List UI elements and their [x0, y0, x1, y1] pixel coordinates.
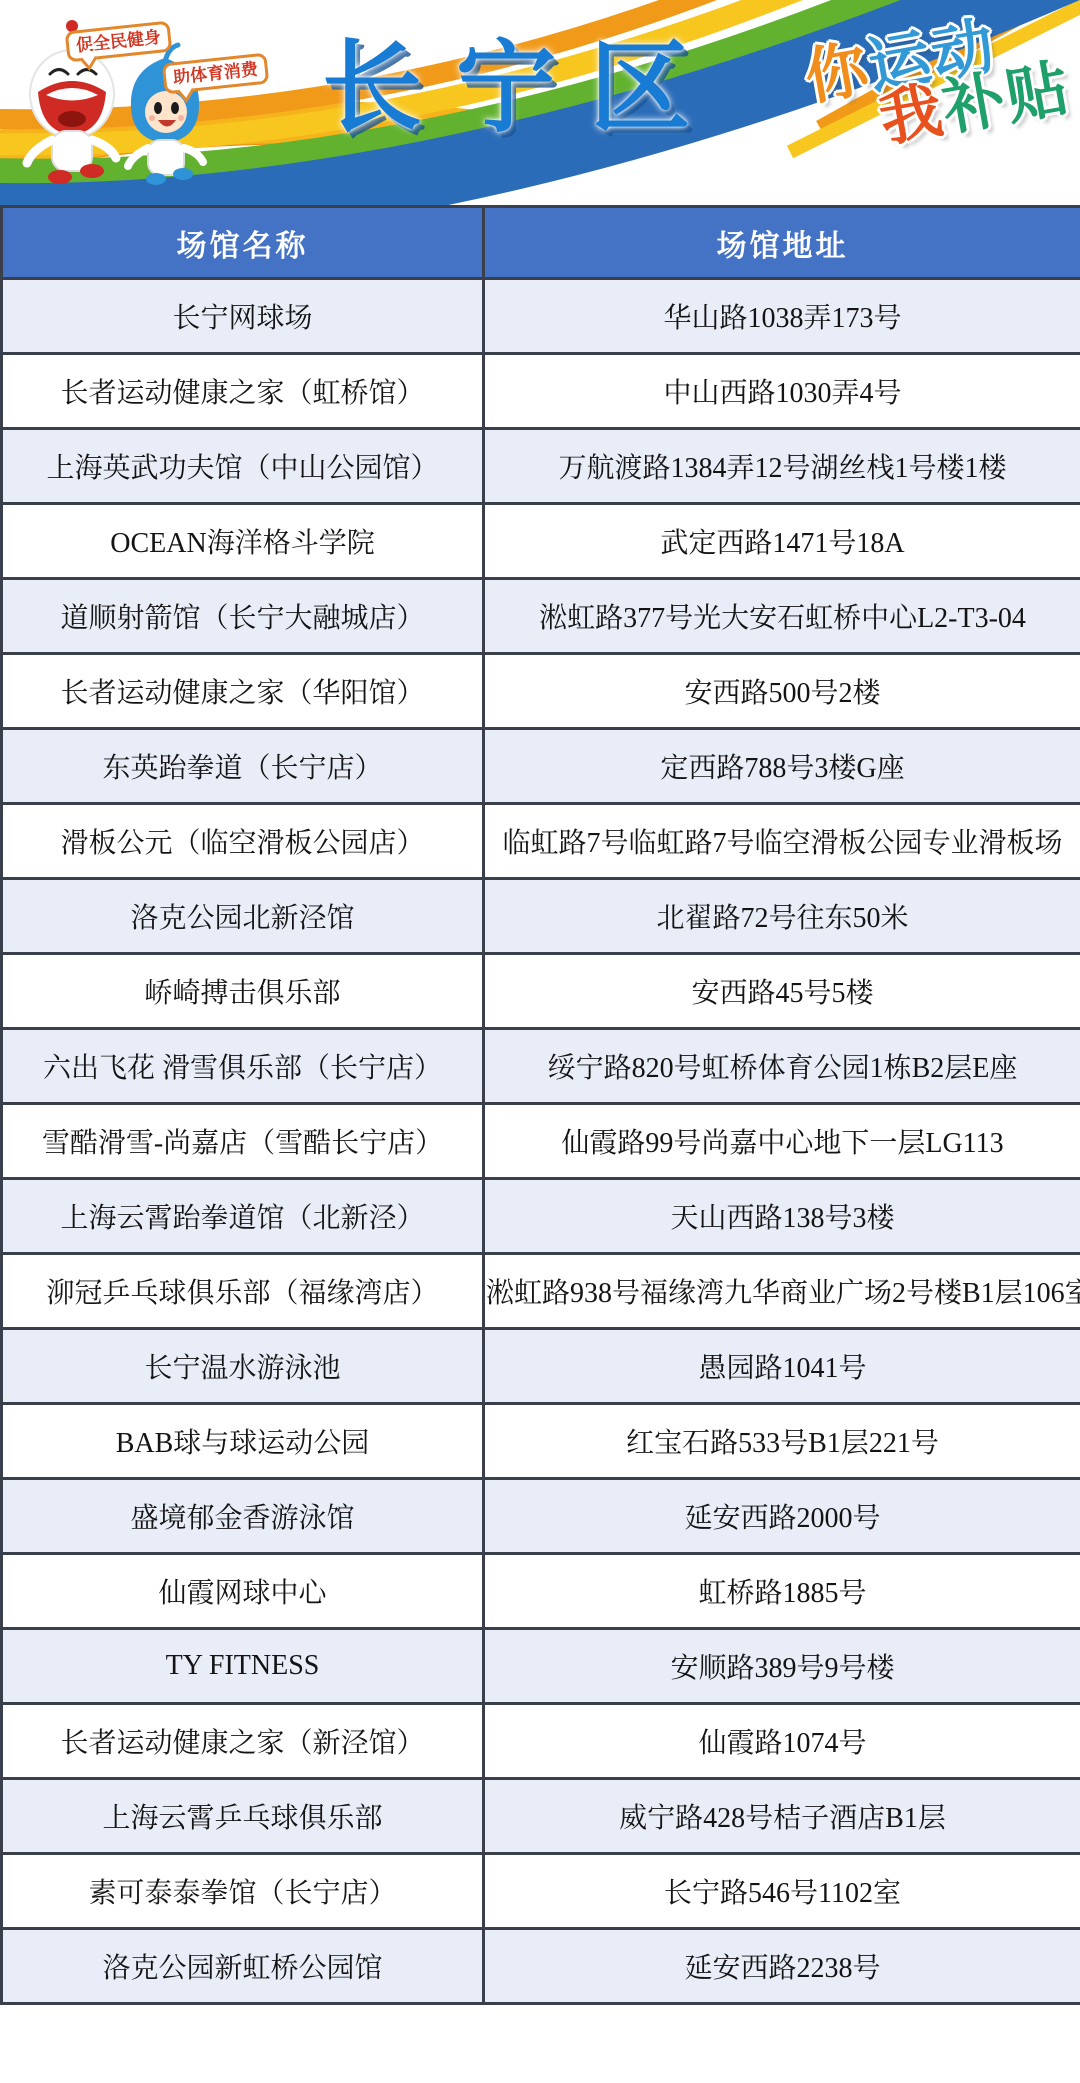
table-row: 东英跆拳道（长宁店）定西路788号3楼G座: [2, 729, 1080, 804]
venue-address-cell: 愚园路1041号: [484, 1329, 1080, 1404]
table-row: BAB球与球运动公园红宝石路533号B1层221号: [2, 1404, 1080, 1479]
venue-address-cell: 安西路500号2楼: [484, 654, 1080, 729]
venue-address-cell: 延安西路2000号: [484, 1479, 1080, 1554]
venue-name-cell: 长宁网球场: [2, 279, 484, 354]
venue-address-cell: 仙霞路1074号: [484, 1704, 1080, 1779]
table-row: 长者运动健康之家（虹桥馆）中山西路1030弄4号: [2, 354, 1080, 429]
venue-address-cell: 淞虹路938号福缘湾九华商业广场2号楼B1层106室: [484, 1254, 1080, 1329]
venue-name-cell: OCEAN海洋格斗学院: [2, 504, 484, 579]
table-row: 滑板公元（临空滑板公园店）临虹路7号临虹路7号临空滑板公园专业滑板场: [2, 804, 1080, 879]
table-row: 长者运动健康之家（新泾馆）仙霞路1074号: [2, 1704, 1080, 1779]
venue-name-cell: 长宁温水游泳池: [2, 1329, 484, 1404]
table-row: 泖冠乒乓球俱乐部（福缘湾店）淞虹路938号福缘湾九华商业广场2号楼B1层106室: [2, 1254, 1080, 1329]
slogan-char: 补: [937, 69, 1011, 141]
table-row: 长宁温水游泳池愚园路1041号: [2, 1329, 1080, 1404]
venues-table: 场馆名称 场馆地址 长宁网球场华山路1038弄173号长者运动健康之家（虹桥馆）…: [0, 205, 1080, 2005]
table-row: 上海云霄跆拳道馆（北新泾）天山西路138号3楼: [2, 1179, 1080, 1254]
venue-address-cell: 仙霞路99号尚嘉中心地下一层LG113: [484, 1104, 1080, 1179]
venues-table-body: 长宁网球场华山路1038弄173号长者运动健康之家（虹桥馆）中山西路1030弄4…: [2, 279, 1080, 2004]
venue-name-cell: 洛克公园北新泾馆: [2, 879, 484, 954]
venue-address-cell: 淞虹路377号光大安石虹桥中心L2-T3-04: [484, 579, 1080, 654]
venue-address-cell: 中山西路1030弄4号: [484, 354, 1080, 429]
table-row: 雪酷滑雪-尚嘉店（雪酷长宁店）仙霞路99号尚嘉中心地下一层LG113: [2, 1104, 1080, 1179]
venue-name-cell: 仙霞网球中心: [2, 1554, 484, 1629]
venue-address-cell: 虹桥路1885号: [484, 1554, 1080, 1629]
venue-name-cell: TY FITNESS: [2, 1629, 484, 1704]
venue-name-cell: 盛境郁金香游泳馆: [2, 1479, 484, 1554]
table-row: 六出飞花 滑雪俱乐部（长宁店）绥宁路820号虹桥体育公园1栋B2层E座: [2, 1029, 1080, 1104]
venue-address-cell: 天山西路138号3楼: [484, 1179, 1080, 1254]
column-header-venue-name: 场馆名称: [2, 207, 484, 279]
table-row: 上海云霄乒乓球俱乐部威宁路428号桔子酒店B1层: [2, 1779, 1080, 1854]
table-row: 洛克公园北新泾馆北翟路72号往东50米: [2, 879, 1080, 954]
venue-address-cell: 安西路45号5楼: [484, 954, 1080, 1029]
venue-name-cell: 东英跆拳道（长宁店）: [2, 729, 484, 804]
table-row: 上海英武功夫馆（中山公园馆）万航渡路1384弄12号湖丝栈1号楼1楼: [2, 429, 1080, 504]
venue-address-cell: 定西路788号3楼G座: [484, 729, 1080, 804]
slogan-char: 贴: [1000, 58, 1074, 130]
venue-address-cell: 长宁路546号1102室: [484, 1854, 1080, 1929]
venue-name-cell: 素可泰泰拳馆（长宁店）: [2, 1854, 484, 1929]
banner: 促全民健身 助体育消费 长宁区 你运动 我补贴: [0, 0, 1080, 205]
venue-name-cell: BAB球与球运动公园: [2, 1404, 484, 1479]
table-row: 长者运动健康之家（华阳馆）安西路500号2楼: [2, 654, 1080, 729]
table-row: 仙霞网球中心虹桥路1885号: [2, 1554, 1080, 1629]
venue-name-cell: 泖冠乒乓球俱乐部（福缘湾店）: [2, 1254, 484, 1329]
venue-name-cell: 滑板公元（临空滑板公园店）: [2, 804, 484, 879]
venue-address-cell: 武定西路1471号18A: [484, 504, 1080, 579]
venue-name-cell: 上海云霄跆拳道馆（北新泾）: [2, 1179, 484, 1254]
table-row: 峤崎搏击俱乐部安西路45号5楼: [2, 954, 1080, 1029]
venue-address-cell: 绥宁路820号虹桥体育公园1栋B2层E座: [484, 1029, 1080, 1104]
venue-address-cell: 红宝石路533号B1层221号: [484, 1404, 1080, 1479]
slogan-char: 我: [874, 80, 948, 152]
slogan-char: 你: [800, 38, 874, 110]
venue-address-cell: 北翟路72号往东50米: [484, 879, 1080, 954]
venue-address-cell: 临虹路7号临虹路7号临空滑板公园专业滑板场: [484, 804, 1080, 879]
venues-table-header: 场馆名称 场馆地址: [2, 207, 1080, 279]
venue-name-cell: 上海英武功夫馆（中山公园馆）: [2, 429, 484, 504]
venue-name-cell: 道顺射箭馆（长宁大融城店）: [2, 579, 484, 654]
venue-address-cell: 华山路1038弄173号: [484, 279, 1080, 354]
venue-address-cell: 延安西路2238号: [484, 1929, 1080, 2004]
header-row: 场馆名称 场馆地址: [2, 207, 1080, 279]
venue-name-cell: 长者运动健康之家（虹桥馆）: [2, 354, 484, 429]
page-title: 长宁区: [322, 36, 724, 141]
column-header-venue-address: 场馆地址: [484, 207, 1080, 279]
venue-name-cell: 洛克公园新虹桥公园馆: [2, 1929, 484, 2004]
venue-name-cell: 长者运动健康之家（华阳馆）: [2, 654, 484, 729]
venue-address-cell: 安顺路389号9号楼: [484, 1629, 1080, 1704]
venue-address-cell: 威宁路428号桔子酒店B1层: [484, 1779, 1080, 1854]
table-row: 洛克公园新虹桥公园馆延安西路2238号: [2, 1929, 1080, 2004]
table-row: OCEAN海洋格斗学院武定西路1471号18A: [2, 504, 1080, 579]
venue-address-cell: 万航渡路1384弄12号湖丝栈1号楼1楼: [484, 429, 1080, 504]
table-row: 素可泰泰拳馆（长宁店）长宁路546号1102室: [2, 1854, 1080, 1929]
table-row: 盛境郁金香游泳馆延安西路2000号: [2, 1479, 1080, 1554]
venue-name-cell: 上海云霄乒乓球俱乐部: [2, 1779, 484, 1854]
venue-name-cell: 雪酷滑雪-尚嘉店（雪酷长宁店）: [2, 1104, 484, 1179]
venue-name-cell: 六出飞花 滑雪俱乐部（长宁店）: [2, 1029, 484, 1104]
table-row: 长宁网球场华山路1038弄173号: [2, 279, 1080, 354]
venue-name-cell: 长者运动健康之家（新泾馆）: [2, 1704, 484, 1779]
table-row: 道顺射箭馆（长宁大融城店）淞虹路377号光大安石虹桥中心L2-T3-04: [2, 579, 1080, 654]
venue-name-cell: 峤崎搏击俱乐部: [2, 954, 484, 1029]
table-row: TY FITNESS安顺路389号9号楼: [2, 1629, 1080, 1704]
